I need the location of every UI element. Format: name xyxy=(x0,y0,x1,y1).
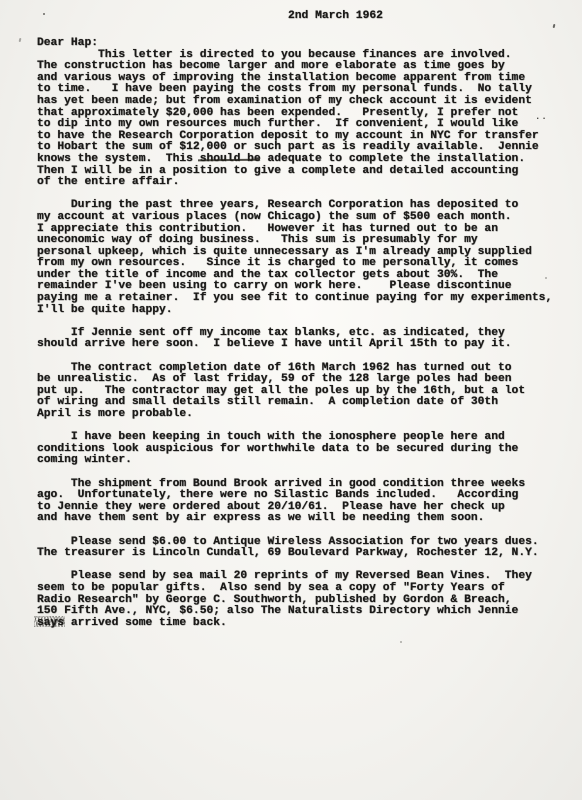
ink-speck: .. xyxy=(535,112,548,122)
letter-paragraph: If Jennie sent off my income tax blanks,… xyxy=(37,328,552,351)
letter-date: 2nd March 1962 xyxy=(288,11,383,23)
letter-paragraph: The shipment from Bound Brook arrived in… xyxy=(37,479,552,525)
ink-speck xyxy=(43,13,45,15)
letter-paragraph: The contract completion date of 16th Mar… xyxy=(37,363,552,421)
overtyped-word-smudge xyxy=(34,616,65,627)
letter-body: Dear Hap: This letter is directed to you… xyxy=(37,38,552,629)
letter-paragraphs: This letter is directed to you because f… xyxy=(37,50,552,630)
letter-paragraph: I have been keeping in touch with the io… xyxy=(37,432,552,467)
letter-paragraph: During the past three years, Research Co… xyxy=(37,200,552,316)
letter-paragraph: Please send by sea mail 20 reprints of m… xyxy=(37,571,552,629)
ink-speck xyxy=(400,641,402,643)
ink-speck xyxy=(545,277,547,279)
letter-paragraph: This letter is directed to you because f… xyxy=(37,50,552,189)
letter-page: 2nd March 1962 Dear Hap: This letter is … xyxy=(0,0,582,800)
ink-speck xyxy=(553,24,556,28)
letter-paragraph: Please send $6.00 to Antique Wireless As… xyxy=(37,537,552,560)
salutation: Dear Hap: xyxy=(37,38,552,50)
ink-speck xyxy=(19,38,22,42)
